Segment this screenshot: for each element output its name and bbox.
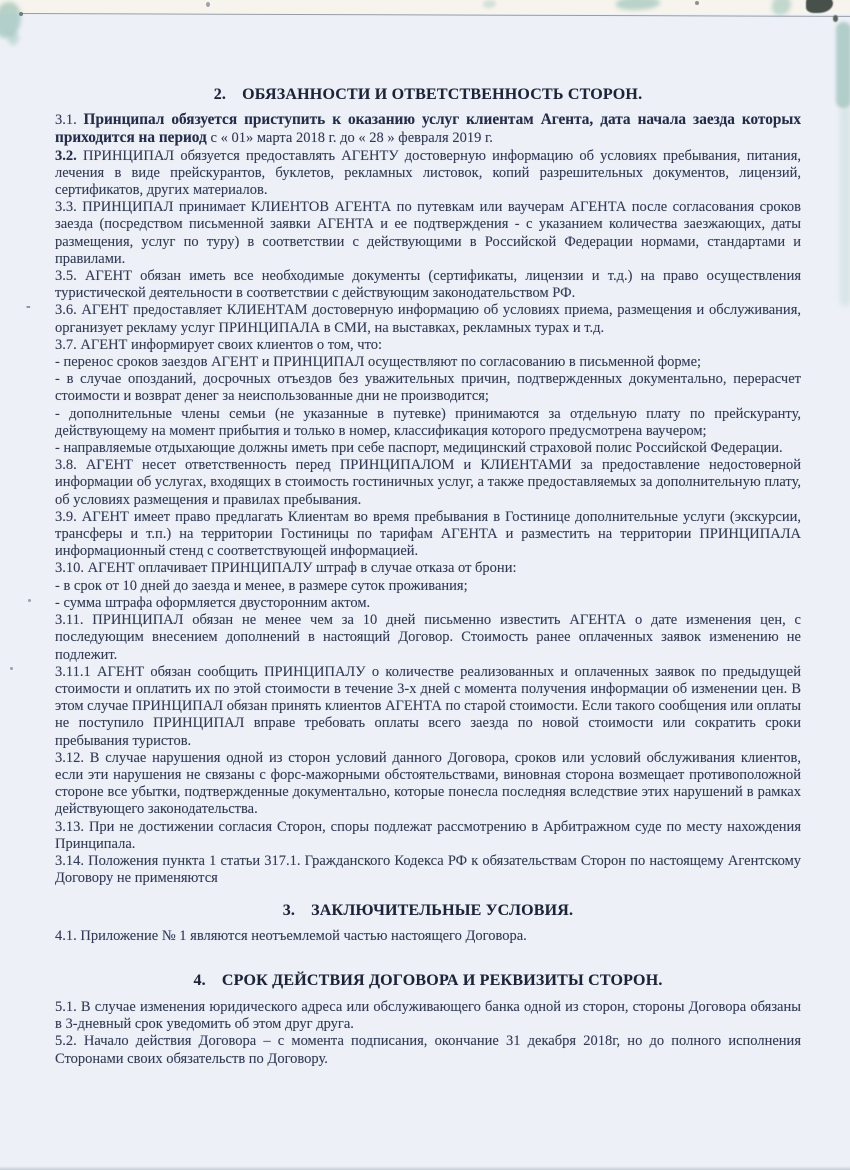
text-run: 3.9. АГЕНТ имеет право предлагать Клиент…	[55, 509, 801, 559]
text-run: - перенос сроков заездов АГЕНТ и ПРИНЦИП…	[55, 354, 701, 370]
paragraph-3-7-item-1: - перенос сроков заездов АГЕНТ и ПРИНЦИП…	[55, 354, 801, 371]
text-run: 3.1.	[55, 112, 84, 128]
paragraph-3-11: 3.11. ПРИНЦИПАЛ обязан не менее чем за 1…	[55, 612, 801, 664]
scanned-document-page: - 2.ОБЯЗАННОСТИ И ОТВЕТСТВЕННОСТЬ СТОРОН…	[0, 0, 850, 1170]
text-run: 5.2. Начало действия Договора – с момент…	[55, 1033, 801, 1066]
text-run: 5.1. В случае изменения юридического адр…	[55, 999, 801, 1032]
text-run: 3.11. ПРИНЦИПАЛ обязан не менее чем за 1…	[55, 612, 801, 662]
text-run: - в срок от 10 дней до заезда и менее, в…	[55, 578, 468, 594]
document-body: 2.ОБЯЗАННОСТИ И ОТВЕТСТВЕННОСТЬ СТОРОН. …	[55, 86, 801, 1068]
paragraph-3-10: 3.10. АГЕНТ оплачивает ПРИНЦИПАЛУ штраф …	[55, 560, 801, 577]
section-heading-obligations: 2.ОБЯЗАННОСТИ И ОТВЕТСТВЕННОСТЬ СТОРОН.	[55, 86, 801, 103]
text-run: ПРИНЦИПАЛ обязуется предоставлять АГЕНТУ…	[55, 148, 801, 198]
section-title: СРОК ДЕЙСТВИЯ ДОГОВОРА И РЕКВИЗИТЫ СТОРО…	[222, 972, 663, 989]
text-run: 3.11.1 АГЕНТ обязан сообщить ПРИНЦИПАЛУ …	[55, 664, 801, 749]
section-heading-term-and-details: 4.СРОК ДЕЙСТВИЯ ДОГОВОРА И РЕКВИЗИТЫ СТО…	[55, 972, 801, 989]
section-number: 3.	[283, 902, 295, 919]
scan-speck	[28, 599, 31, 602]
scan-edge-smudge	[836, 22, 850, 108]
text-run: 3.3. ПРИНЦИПАЛ принимает КЛИЕНТОВ АГЕНТА…	[55, 199, 801, 267]
paragraph-3-7-item-4: - направляемые отдыхающие должны иметь п…	[55, 440, 801, 457]
scan-edge-smudge	[840, 106, 850, 306]
scan-ink-blot	[833, 15, 838, 22]
section-title: ЗАКЛЮЧИТЕЛЬНЫЕ УСЛОВИЯ.	[311, 902, 573, 919]
section-title: ОБЯЗАННОСТИ И ОТВЕТСТВЕННОСТЬ СТОРОН.	[242, 86, 642, 103]
scan-speck	[10, 667, 13, 670]
paragraph-3-7-item-2: - в случае опозданий, досрочных отъездов…	[55, 371, 801, 405]
paragraph-3-1: 3.1. Принципал обязуется приступить к ок…	[55, 111, 801, 147]
paragraph-4-1: 4.1. Приложение № 1 являются неотъемлемо…	[55, 928, 801, 945]
text-run: 3.10. АГЕНТ оплачивает ПРИНЦИПАЛУ штраф …	[55, 560, 516, 576]
section-number: 4.	[193, 972, 205, 989]
paragraph-3-14: 3.14. Положения пункта 1 статьи 317.1. Г…	[55, 853, 801, 887]
text-run: 3.12. В случае нарушения одной из сторон…	[55, 750, 801, 818]
scan-smudge	[8, 32, 19, 45]
section-number: 2.	[214, 86, 226, 103]
scan-speck	[695, 1, 699, 5]
paragraph-3-3: 3.3. ПРИНЦИПАЛ принимает КЛИЕНТОВ АГЕНТА…	[55, 199, 801, 268]
text-run: - направляемые отдыхающие должны иметь п…	[55, 440, 783, 456]
page-bottom-edge	[0, 1166, 850, 1170]
paragraph-3-6: 3.6. АГЕНТ предоставляет КЛИЕНТАМ достов…	[55, 302, 801, 336]
text-run: 3.5. АГЕНТ обязан иметь все необходимые …	[55, 268, 801, 301]
section-heading-final-terms: 3.ЗАКЛЮЧИТЕЛЬНЫЕ УСЛОВИЯ.	[55, 902, 801, 919]
text-run-bold: 3.2.	[55, 148, 77, 164]
paragraph-3-11-1: 3.11.1 АГЕНТ обязан сообщить ПРИНЦИПАЛУ …	[55, 664, 801, 750]
text-run: 3.6. АГЕНТ предоставляет КЛИЕНТАМ достов…	[55, 302, 801, 335]
paragraph-3-10-item-2: - сумма штрафа оформляется двусторонним …	[55, 595, 801, 612]
text-run: 3.8. АГЕНТ несет ответственность перед П…	[55, 457, 801, 507]
paragraph-3-7-item-3: - дополнительные члены семьи (не указанн…	[55, 406, 801, 440]
scanner-top-band	[0, 0, 850, 14]
paragraph-5-2: 5.2. Начало действия Договора – с момент…	[55, 1033, 801, 1067]
text-run: 3.13. При не достижении согласия Сторон,…	[55, 819, 801, 852]
text-run: с « 01» марта 2018 г. до « 28 » февраля …	[211, 130, 493, 146]
paragraph-3-5: 3.5. АГЕНТ обязан иметь все необходимые …	[55, 268, 801, 302]
paragraph-3-12: 3.12. В случае нарушения одной из сторон…	[55, 750, 801, 819]
paragraph-3-2: 3.2. ПРИНЦИПАЛ обязуется предоставлять А…	[55, 148, 801, 200]
paragraph-3-9: 3.9. АГЕНТ имеет право предлагать Клиент…	[55, 509, 801, 561]
text-run: - дополнительные члены семьи (не указанн…	[55, 406, 801, 439]
text-run: 3.14. Положения пункта 1 статьи 317.1. Г…	[55, 853, 801, 886]
paragraph-5-1: 5.1. В случае изменения юридического адр…	[55, 999, 801, 1033]
scan-speck	[206, 2, 210, 7]
text-run: 4.1. Приложение № 1 являются неотъемлемо…	[55, 928, 527, 944]
text-run: - сумма штрафа оформляется двусторонним …	[55, 595, 370, 611]
paragraph-3-10-item-1: - в срок от 10 дней до заезда и менее, в…	[55, 578, 801, 595]
margin-dash-mark: -	[26, 299, 31, 315]
text-run: - в случае опозданий, досрочных отъездов…	[55, 371, 801, 404]
paragraph-3-8: 3.8. АГЕНТ несет ответственность перед П…	[55, 457, 801, 509]
paragraph-3-7: 3.7. АГЕНТ информирует своих клиентов о …	[55, 337, 801, 354]
paragraph-3-13: 3.13. При не достижении согласия Сторон,…	[55, 819, 801, 853]
text-run: 3.7. АГЕНТ информирует своих клиентов о …	[55, 337, 382, 353]
